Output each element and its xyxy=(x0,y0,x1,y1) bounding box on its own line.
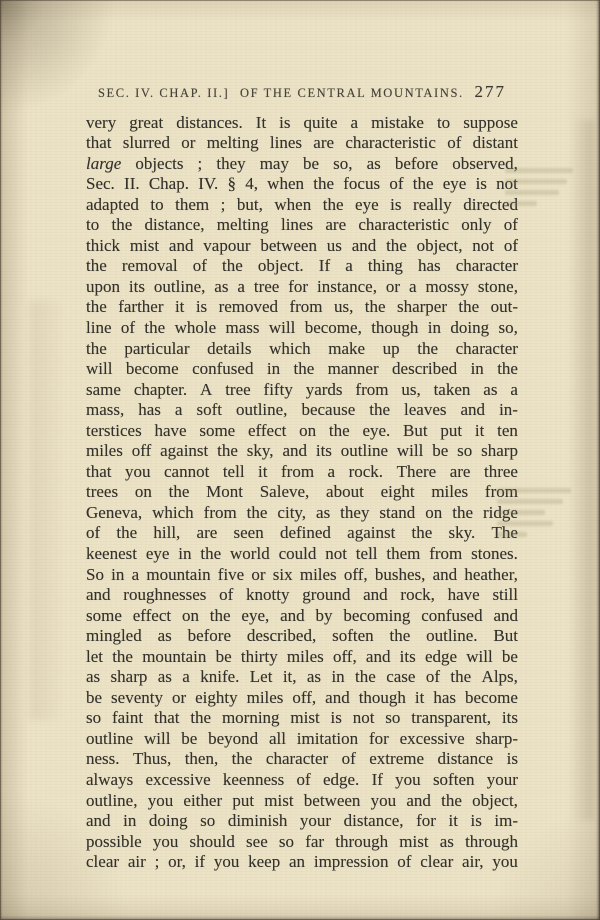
text-line: Geneva,whichfromthecity,astheystandonthe… xyxy=(86,503,518,524)
text-line: uponitsoutline,asatreeforinstance,oramos… xyxy=(86,277,518,298)
text-line: alwaysexcessivekeennessofedge.Ifyousofte… xyxy=(86,770,518,791)
text-line: androughnessesofknottygroundandrock,have… xyxy=(86,585,518,606)
text-line: mass,hasasoftoutline,becausetheleavesand… xyxy=(86,400,518,421)
text-line: lineofthewholemasswillbecome,thoughindoi… xyxy=(86,318,518,339)
text-line: treesontheMontSaleve,abouteightmilesfrom xyxy=(86,482,518,503)
book-page-scan: Sec. IV. Chap. II.] Of the Central Mount… xyxy=(0,0,600,920)
margin-note-showthrough xyxy=(497,488,575,537)
paper-shadow-right xyxy=(572,120,594,820)
text-line: samechapter.Atreefiftyyardsfromus,takena… xyxy=(86,380,518,401)
text-line: someeffectontheeye,andbybecomingconfused… xyxy=(86,606,518,627)
margin-note-showthrough xyxy=(505,168,575,206)
section-label: Sec. IV. Chap. II.] xyxy=(86,86,229,101)
showthrough-line xyxy=(497,532,527,537)
text-line: theremovaloftheobject.Ifathinghascharact… xyxy=(86,256,518,277)
text-line: ofthehill,areseendefinedagainstthesky.Th… xyxy=(86,523,518,544)
text-line: keenesteyeintheworldcouldnottellthemfrom… xyxy=(86,544,518,565)
text-line: tersticeshavesomeeffectontheeye.Butputit… xyxy=(86,421,518,442)
showthrough-line xyxy=(497,521,553,526)
text-line: outlinewillbebeyondallimitationforexcess… xyxy=(86,729,518,750)
text-line: willbecomeconfusedinthemannerdescribedin… xyxy=(86,359,518,380)
showthrough-line xyxy=(505,201,537,206)
text-line: Sec.II.Chap.IV.§4,whenthefocusoftheeyeis… xyxy=(86,174,518,195)
text-line: milesoffagainstthesky,anditsoutlinewillb… xyxy=(86,441,518,462)
body-text-block: verygreatdistances.Itisquiteamistaketosu… xyxy=(86,113,518,873)
text-line: clearair;or,ifyoukeepanimpressionofclear… xyxy=(86,852,518,873)
text-line: andindoingsodiminishyourdistance,foritis… xyxy=(86,811,518,832)
showthrough-line xyxy=(497,499,563,504)
text-line: sofaintthatthemorningmistisnotsotranspar… xyxy=(86,708,518,729)
text-line: largeobjects;theymaybeso,asbeforeobserve… xyxy=(86,154,518,175)
text-line: verygreatdistances.Itisquiteamistaketosu… xyxy=(86,113,518,134)
text-line: theparticulardetailswhichmakeupthecharac… xyxy=(86,339,518,360)
text-line: thatslurredormeltinglinesarecharacterist… xyxy=(86,133,518,154)
paper-shadow-left xyxy=(30,300,64,720)
text-line: Soinamountainfiveorsixmilesoff,bushes,an… xyxy=(86,565,518,586)
text-line: tothedistance,meltinglinesarecharacteris… xyxy=(86,215,518,236)
text-line: mingledasbeforedescribed,softentheoutlin… xyxy=(86,626,518,647)
text-line: thatyoucannottellitfromarock.Therearethr… xyxy=(86,462,518,483)
text-line: adaptedtothem;but,whentheeyeisreallydire… xyxy=(86,195,518,216)
showthrough-line xyxy=(505,168,573,173)
showthrough-line xyxy=(505,179,567,184)
running-header: Sec. IV. Chap. II.] Of the Central Mount… xyxy=(86,82,518,102)
running-title: Of the Central Mountains. xyxy=(240,86,464,101)
text-line: assharpasaknife.Letit,asinthecaseoftheAl… xyxy=(86,667,518,688)
text-line: thefartheritisremovedfromus,thesharperth… xyxy=(86,297,518,318)
showthrough-line xyxy=(497,488,571,493)
text-line: outline,youeitherputmistbetweenyouandthe… xyxy=(86,791,518,812)
text-line: possibleyoushouldseesofarthroughmistasth… xyxy=(86,832,518,853)
text-line: ness.Thus,then,thecharacterofextremedist… xyxy=(86,749,518,770)
text-line: thickmistandvapourbetweenusandtheobject,… xyxy=(86,236,518,257)
text-line: letthemountainbethirtymilesoff,anditsedg… xyxy=(86,647,518,668)
showthrough-line xyxy=(497,510,545,515)
text-line: beseventyoreightymilesoff,andthoughithas… xyxy=(86,688,518,709)
showthrough-line xyxy=(505,190,559,195)
page-number: 277 xyxy=(475,82,519,102)
